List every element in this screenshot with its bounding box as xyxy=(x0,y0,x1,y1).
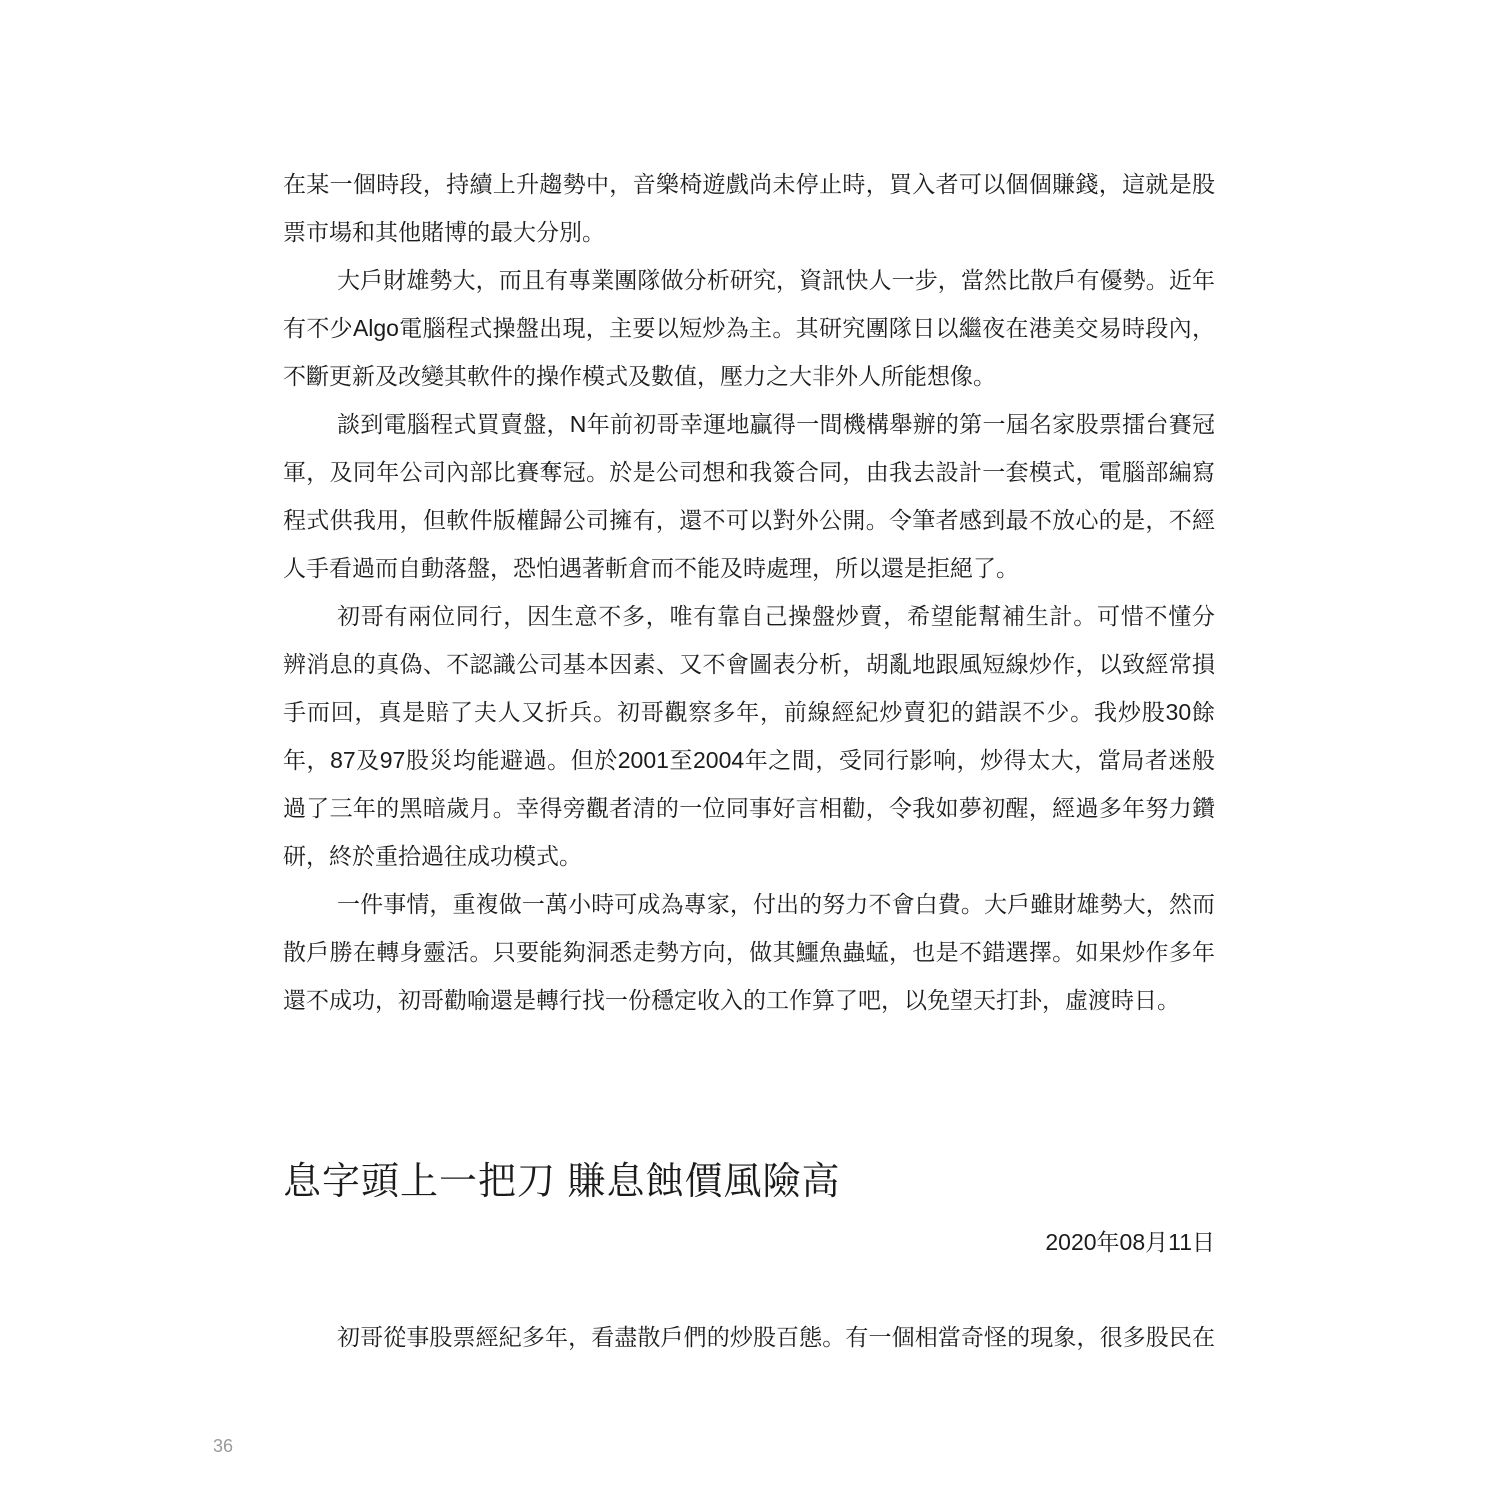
text-line: 大戶財雄勢大，而且有專業團隊做分析研究，資訊快人一步，當然比散戶有優勢。近年 xyxy=(283,256,1215,304)
section-heading: 息字頭上一把刀 賺息蝕價風險高 xyxy=(283,1154,1215,1210)
next-article-body: 初哥從事股票經紀多年，看盡散戶們的炒股百態。有一個相當奇怪的現象，很多股民在 xyxy=(283,1313,1215,1361)
text-line: 有不少Algo電腦程式操盤出現，主要以短炒為主。其研究團隊日以繼夜在港美交易時段… xyxy=(283,304,1215,352)
page-text-block: 在某一個時段，持續上升趨勢中，音樂椅遊戲尚未停止時，買入者可以個個賺錢，這就是股… xyxy=(283,160,1215,1361)
article-body: 在某一個時段，持續上升趨勢中，音樂椅遊戲尚未停止時，買入者可以個個賺錢，這就是股… xyxy=(283,160,1215,1024)
text-line: 一件事情，重複做一萬小時可成為專家，付出的努力不會白費。大戶雖財雄勢大，然而 xyxy=(283,880,1215,928)
text-line: 初哥從事股票經紀多年，看盡散戶們的炒股百態。有一個相當奇怪的現象，很多股民在 xyxy=(283,1313,1215,1361)
text-line: 在某一個時段，持續上升趨勢中，音樂椅遊戲尚未停止時，買入者可以個個賺錢，這就是股 xyxy=(283,160,1215,208)
text-line: 手而回，真是賠了夫人又折兵。初哥觀察多年，前線經紀炒賣犯的錯誤不少。我炒股30餘 xyxy=(283,688,1215,736)
article-date: 2020年08月11日 xyxy=(283,1218,1215,1266)
text-line: 不斷更新及改變其軟件的操作模式及數值，壓力之大非外人所能想像。 xyxy=(283,352,1215,400)
text-line: 人手看過而自動落盤，恐怕遇著斬倉而不能及時處理，所以還是拒絕了。 xyxy=(283,544,1215,592)
text-line: 談到電腦程式買賣盤，N年前初哥幸運地贏得一間機構舉辦的第一屆名家股票擂台賽冠 xyxy=(283,400,1215,448)
page-number: 36 xyxy=(213,1434,233,1458)
text-line: 年，87及97股災均能避過。但於2001至2004年之間，受同行影响，炒得太大，… xyxy=(283,736,1215,784)
text-line: 初哥有兩位同行，因生意不多，唯有靠自己操盤炒賣，希望能幫補生計。可惜不懂分 xyxy=(283,592,1215,640)
text-line: 辨消息的真偽、不認識公司基本因素、又不會圖表分析，胡亂地跟風短線炒作，以致經常損 xyxy=(283,640,1215,688)
text-line: 程式供我用，但軟件版權歸公司擁有，還不可以對外公開。令筆者感到最不放心的是，不經 xyxy=(283,496,1215,544)
text-line: 還不成功，初哥勸喻還是轉行找一份穩定收入的工作算了吧，以免望天打卦，虛渡時日。 xyxy=(283,976,1215,1024)
text-line: 散戶勝在轉身靈活。只要能夠洞悉走勢方向，做其鱷魚蟲蜢，也是不錯選擇。如果炒作多年 xyxy=(283,928,1215,976)
text-line: 過了三年的黑暗歲月。幸得旁觀者清的一位同事好言相勸，令我如夢初醒，經過多年努力鑽 xyxy=(283,784,1215,832)
text-line: 軍，及同年公司內部比賽奪冠。於是公司想和我簽合同，由我去設計一套模式，電腦部編寫 xyxy=(283,448,1215,496)
text-line: 研，終於重拾過往成功模式。 xyxy=(283,832,1215,880)
text-line: 票市場和其他賭博的最大分別。 xyxy=(283,208,1215,256)
